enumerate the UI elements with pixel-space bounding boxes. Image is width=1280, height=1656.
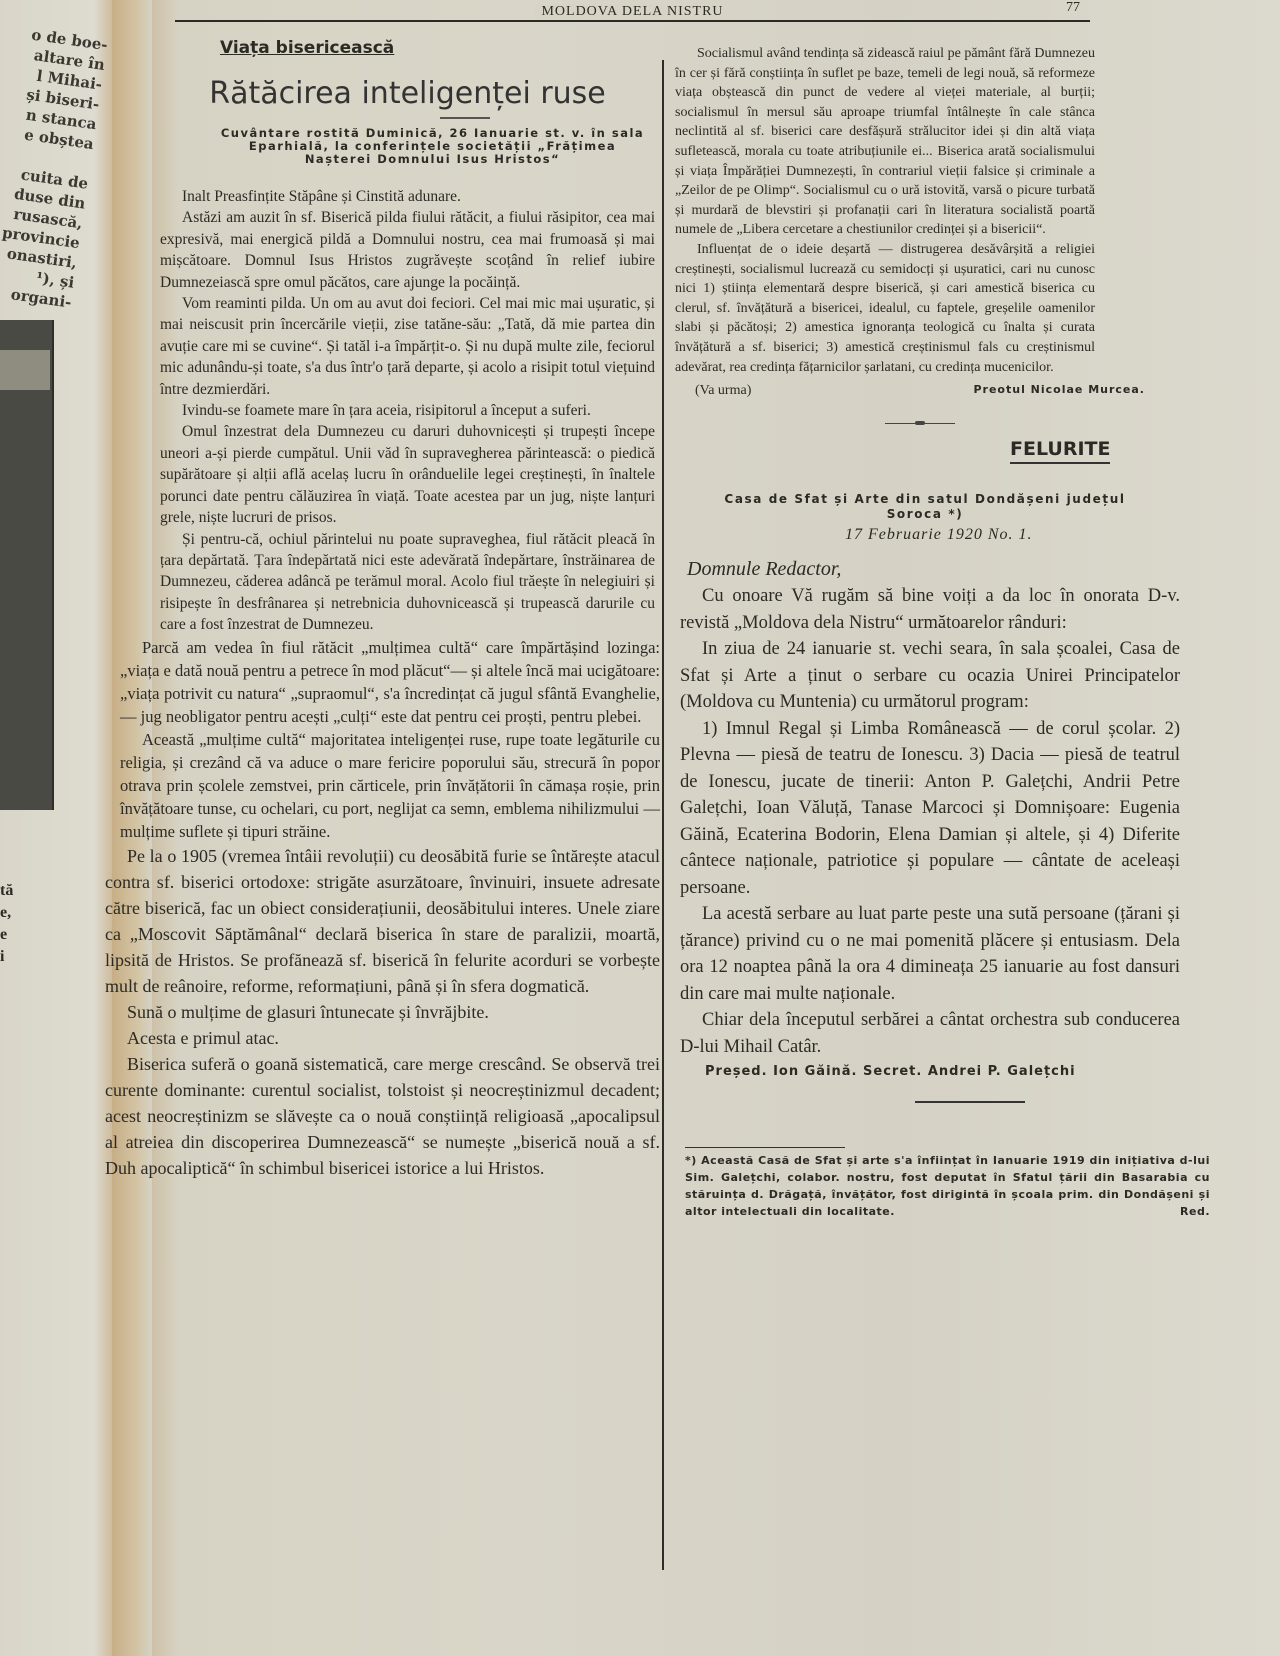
paragraph: Cu onoare Vă rugăm să bine voiți a da lo… [680, 583, 1180, 636]
header-rule [175, 20, 1090, 22]
paragraph: In ziua de 24 ianuarie st. vechi seara, … [680, 636, 1180, 716]
paragraph: La acestă serbare au luat parte peste un… [680, 901, 1180, 1007]
column-divider [662, 60, 664, 1570]
title-rule [440, 117, 490, 119]
article-body: Inalt Preasfințite Stăpâne și Cinstită a… [160, 186, 655, 636]
paragraph: Influențat de o ideie deșartă — distruge… [675, 240, 1095, 377]
fragment: tă [0, 880, 13, 902]
letter-header: Casa de Sfat și Arte din satul Dondășeni… [695, 492, 1155, 522]
footnote-text: *) Această Casă de Sfat și arte s'a înfi… [685, 1154, 1210, 1218]
publication-name: MOLDOVA DELA NISTRU [535, 4, 729, 19]
paragraph: Omul înzestrat dela Dumnezeu cu daruri d… [160, 421, 655, 528]
article-body-bottom: Pe la o 1905 (vremea întâii revoluții) c… [105, 843, 660, 1181]
paragraph: Ivindu-se foamete mare în țara aceia, ri… [160, 400, 655, 421]
paragraph: Această „mulțime cultă“ majoritatea inte… [120, 728, 660, 843]
previous-page-photo [0, 320, 54, 810]
previous-page-tail: tă e, e i [0, 880, 13, 968]
page-header: MOLDOVA DELA NISTRU 77 [175, 6, 1090, 26]
paragraph: Sună o mulțime de glasuri întunecate și … [105, 999, 660, 1025]
letter-body: Cu onoare Vă rugăm să bine voiți a da lo… [680, 583, 1180, 1060]
section-heading-felurite: FELURITE [1010, 438, 1110, 464]
article-title: Rătăcirea inteligenței ruse [160, 76, 655, 111]
letter-signoff: Președ. Ion Găină. Secret. Andrei P. Gal… [705, 1064, 1155, 1079]
paragraph: Chiar dela începutul serbărei a cântat o… [680, 1007, 1180, 1060]
fragment: e, [0, 902, 13, 924]
letter-salutation: Domnule Redactor, [687, 558, 1155, 581]
paragraph: 1) Imnul Regal și Limba Românească — de … [680, 716, 1180, 902]
footnote: *) Această Casă de Sfat și arte s'a înfi… [685, 1152, 1210, 1220]
article-continuation: Socialismul având tendința să zidească r… [675, 44, 1095, 377]
letter-date: 17 Februarie 1920 No. 1. [845, 526, 1155, 544]
previous-page-text: o de boe- altare în l Mihai- și biseri- … [0, 20, 109, 313]
footnote-rule [685, 1147, 845, 1148]
footnote-editor-mark: Red. [1180, 1203, 1210, 1220]
right-column: Socialismul având tendința să zidească r… [675, 44, 1155, 1220]
section-label: Viața bisericească [220, 38, 394, 58]
ornament-divider [885, 423, 955, 424]
fragment: e [0, 924, 13, 946]
paragraph: Vom reaminti pilda. Un om au avut doi fe… [160, 293, 655, 400]
left-column: Viața bisericească Rătăcirea inteligențe… [100, 38, 655, 1181]
author-signature: Preotul Nicolae Murcea. [973, 383, 1145, 399]
paragraph: Biserica suferă o goană sistematică, car… [105, 1051, 660, 1181]
paragraph: Parcă am vedea în fiul rătăcit „mulțimea… [120, 636, 660, 728]
paragraph: Astăzi am auzit în sf. Biserică pilda fi… [160, 207, 655, 293]
to-be-continued: (Va urma) [695, 383, 751, 399]
paragraph: Inalt Preasfințite Stăpâne și Cinstită a… [160, 186, 655, 207]
publication-title: MOLDOVA DELA NISTRU [175, 4, 1090, 20]
page-number: 77 [1066, 0, 1080, 16]
paragraph: Acesta e primul atac. [105, 1025, 660, 1051]
article-subtitle: Cuvântare rostită Duminică, 26 Ianuarie … [220, 127, 645, 166]
fragment: i [0, 946, 13, 968]
paragraph: Pe la o 1905 (vremea întâii revoluții) c… [105, 843, 660, 999]
article-footer: (Va urma) Preotul Nicolae Murcea. [675, 383, 1155, 399]
paragraph: Socialismul având tendința să zidească r… [675, 44, 1095, 240]
end-rule [915, 1101, 1025, 1103]
article-body-cont: Parcă am vedea în fiul rătăcit „mulțimea… [120, 636, 660, 843]
paragraph: Și pentru-că, ochiul părintelui nu poate… [160, 529, 655, 636]
